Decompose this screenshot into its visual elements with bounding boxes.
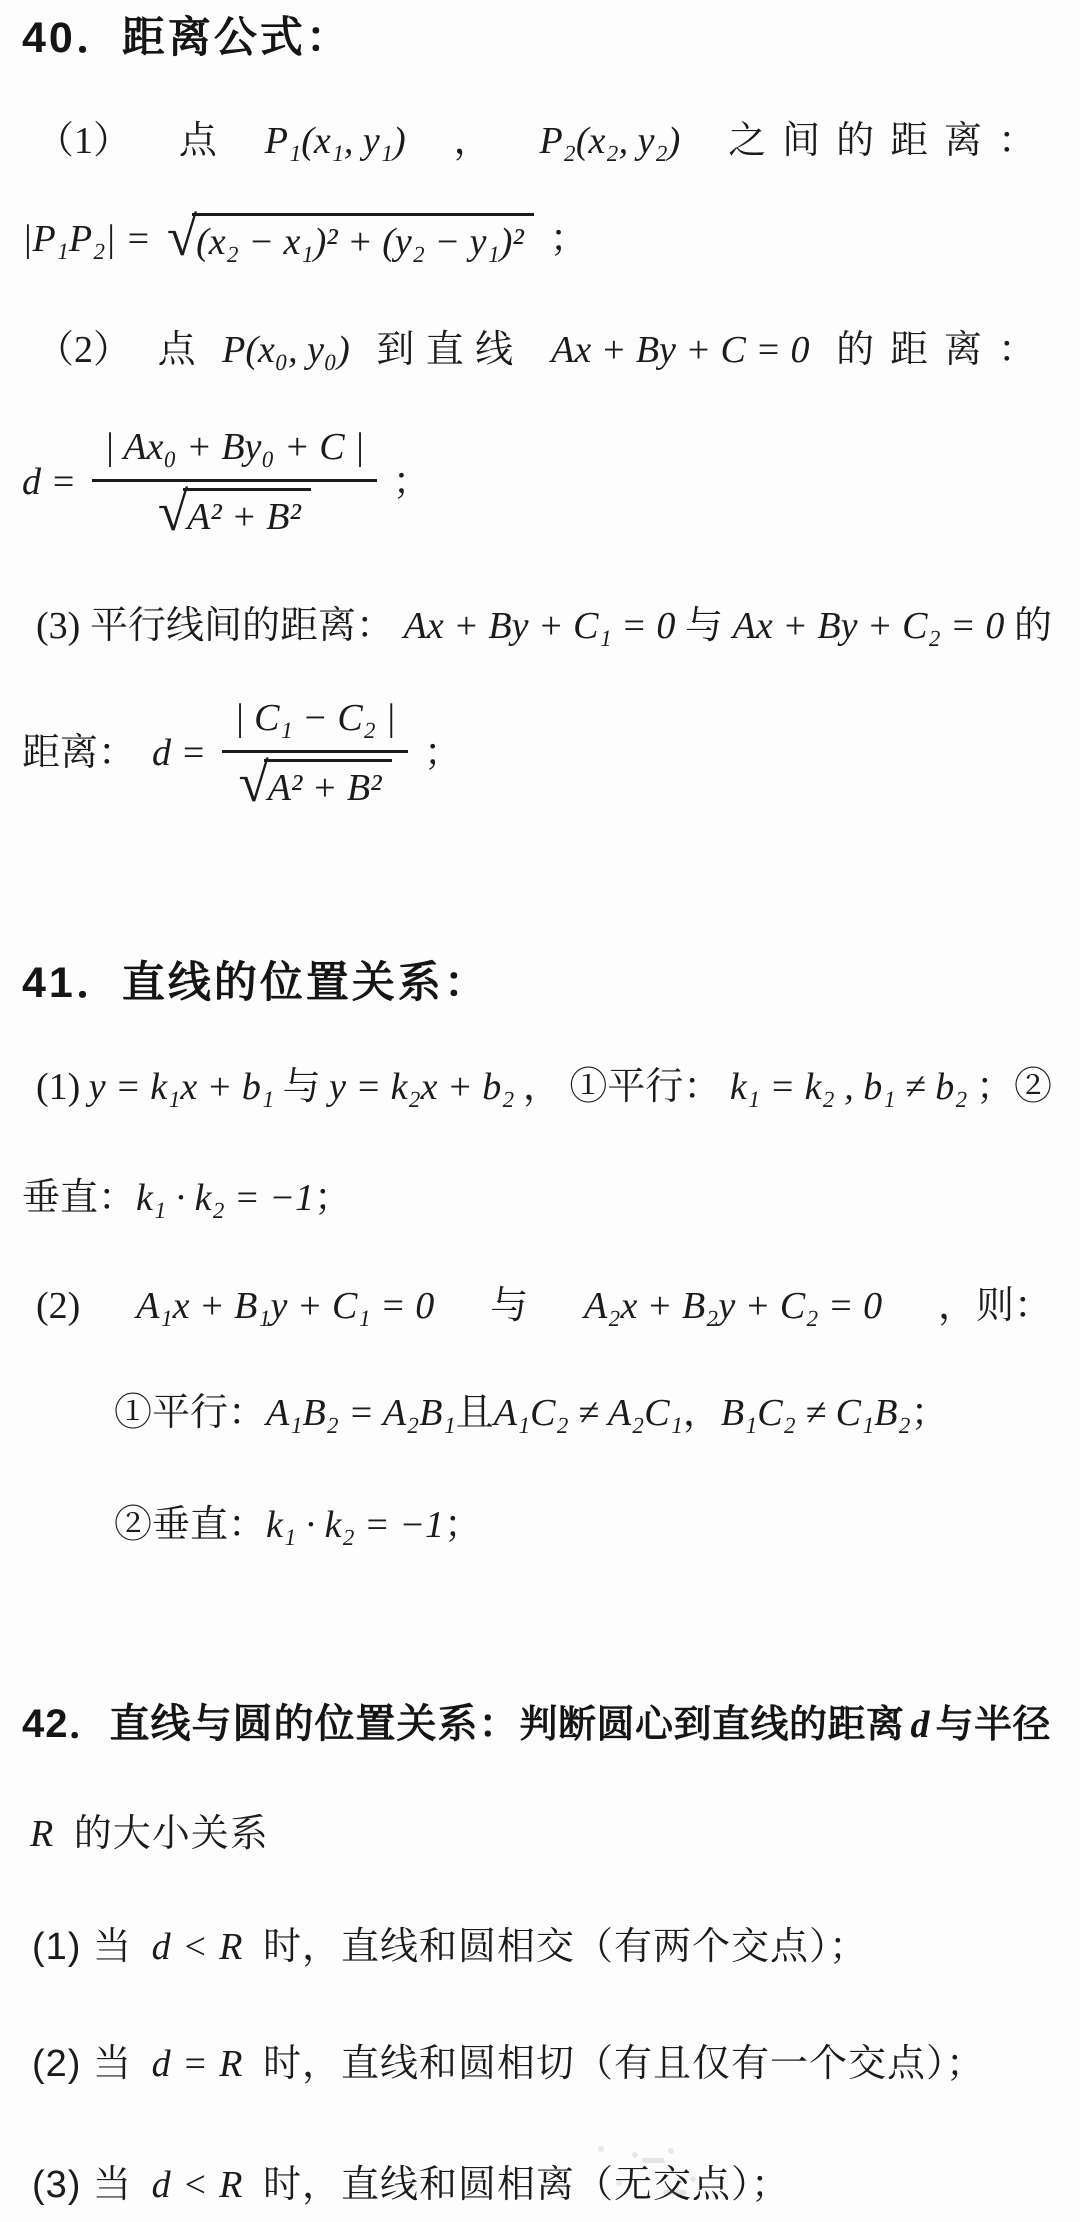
- label-parallel-1: ①平行：: [569, 1065, 721, 1111]
- s42-case2-line: (2) 当 d = R 时，直线和圆相切（有且仅有一个交点）；: [22, 2032, 1052, 2087]
- case-text-tangent: 时，直线和圆相切（有且仅有一个交点）；: [263, 2043, 985, 2085]
- document-page: 40．距离公式： （1） 点 P₁(x₁, y₁) ， P₂(x₂, y₂) 之…: [0, 0, 1080, 2222]
- math-perpendicular-condition: k₁ · k₂ = −1: [136, 1176, 314, 1222]
- math-point-p1: P₁(x₁, y₁): [265, 119, 406, 165]
- text-yu: 与: [490, 1284, 528, 1330]
- text-yu: 与: [685, 604, 723, 650]
- label-perpendicular-circled2: ②垂直：: [114, 1503, 266, 1549]
- semicolon: ；: [550, 217, 588, 263]
- math-bc-inequality: B₁C₂ ≠ C₁B₂: [721, 1391, 911, 1437]
- math-perpendicular-condition: k₁ · k₂ = −1: [266, 1503, 444, 1549]
- case-text-intersect: 时，直线和圆相交（有两个交点）；: [263, 1926, 868, 1968]
- s41-parallel-condition-line: ①平行： A₁B₂ = A₂B₁ 且 A₁C₂ ≠ A₂C₁ ， B₁C₂ ≠ …: [22, 1391, 1052, 1437]
- section-42-heading-tail2: 与半径: [936, 1704, 1052, 1746]
- fraction-numerator: | Ax₀ + By₀ + C |: [92, 425, 376, 482]
- s42-radius-line: R 的大小关系: [22, 1802, 1052, 1857]
- math-parallel-condition: k₁ = k₂ , b₁ ≠ b₂: [730, 1065, 968, 1111]
- text-between-distance: 之间的距离：: [728, 119, 1052, 165]
- semicolon: ；: [911, 1391, 949, 1437]
- case-text-separate: 时，直线和圆相离（无交点）；: [263, 2164, 790, 2206]
- math-slope-line1: y = k₁x + b₁: [89, 1065, 274, 1111]
- item-number: (1): [36, 1065, 80, 1111]
- text-dian: 点: [179, 119, 217, 165]
- text-to-line: 到直线: [376, 328, 524, 374]
- s40-point-line-distance-formula: d = | Ax₀ + By₀ + C | √ A² + B² ；: [22, 425, 1052, 540]
- text-de: 的: [1014, 604, 1052, 650]
- semicolon: ；: [314, 1176, 352, 1222]
- math-d-less-R: d < R: [152, 1926, 244, 1968]
- case-prefix: (2) 当: [32, 2043, 132, 2085]
- math-R: R: [30, 1813, 54, 1855]
- radical-sign: √: [158, 489, 188, 534]
- math-lhs-p1p2: |P₁P₂| =: [22, 217, 151, 263]
- semicolon-circled2: ；②: [976, 1065, 1052, 1111]
- s40-item3-line: (3) 平行线间的距离： Ax + By + C₁ = 0 与 Ax + By …: [22, 604, 1052, 650]
- s40-item1-line: （1） 点 P₁(x₁, y₁) ， P₂(x₂, y₂) 之间的距离：: [22, 119, 1052, 165]
- text-qie: 且: [456, 1391, 494, 1437]
- fraction-denominator: √ A² + B²: [92, 482, 376, 541]
- s40-distance-formula: |P₁P₂| = √ (x₂ − x₁)² + (y₂ − y₁)² ；: [22, 213, 1052, 266]
- text-parallel-lines-distance: 平行线间的距离：: [90, 604, 394, 650]
- math-d-equals: d =: [22, 460, 76, 506]
- math-general-line2: A₂x + B₂y + C₂ = 0: [584, 1284, 882, 1330]
- s40-parallel-distance-formula: 距离： d = | C₁ − C₂ | √ A² + B² ；: [22, 696, 1052, 811]
- math-line2: Ax + By + C₂ = 0: [733, 604, 1005, 650]
- s41-item2-line: (2) A₁x + B₁y + C₁ = 0 与 A₂x + B₂y + C₂ …: [22, 1284, 1052, 1330]
- semicolon: ；: [424, 731, 462, 777]
- math-point-p2: P₂(x₂, y₂): [539, 119, 680, 165]
- math-d-equal-R: d = R: [152, 2043, 244, 2085]
- text-size-relation: 的大小关系: [74, 1813, 269, 1855]
- section-41-heading: 41．直线的位置关系：: [22, 959, 1052, 1008]
- math-line-equation: Ax + By + C = 0: [551, 328, 809, 374]
- math-slope-line2: y = k₂x + b₂: [329, 1065, 514, 1111]
- s40-item2-line: （2） 点 P(x₀, y₀) 到直线 Ax + By + C = 0 的距离：: [22, 328, 1052, 374]
- text-distance-colon: 距离：: [22, 731, 136, 777]
- radicand: (x₂ − x₁)² + (y₂ − y₁)²: [192, 213, 534, 266]
- text-dian: 点: [158, 328, 196, 374]
- radicand: A² + B²: [264, 759, 392, 812]
- section-40-heading: 40．距离公式：: [22, 14, 1052, 63]
- item-number: (3): [36, 604, 80, 650]
- math-general-line1: A₁x + B₁y + C₁ = 0: [136, 1284, 434, 1330]
- case-prefix: (3) 当: [32, 2164, 132, 2206]
- s41-perpendicular-line: 垂直： k₁ · k₂ = −1 ；: [22, 1176, 1052, 1222]
- fraction: | C₁ − C₂ | √ A² + B²: [222, 696, 408, 811]
- text-then-colon: ，则：: [938, 1284, 1052, 1330]
- sqrt-expression: √ A² + B²: [238, 759, 391, 812]
- fraction-numerator: | C₁ − C₂ |: [222, 696, 408, 753]
- case-prefix: (1) 当: [32, 1926, 132, 1968]
- text-distance-colon: 的距离：: [836, 328, 1052, 374]
- math-ac-inequality: A₁C₂ ≠ A₂C₁: [494, 1391, 683, 1437]
- comma: ，: [454, 119, 492, 165]
- math-point-p0: P(x₀, y₀): [222, 328, 350, 374]
- item-number: （2）: [36, 328, 131, 374]
- comma: ，: [523, 1065, 561, 1111]
- s41-perpendicular-condition-line: ②垂直： k₁ · k₂ = −1 ；: [22, 1503, 1052, 1549]
- math-d-less-R: d < R: [152, 2164, 244, 2206]
- radical-sign: √: [167, 214, 197, 259]
- math-d-equals: d =: [152, 731, 206, 777]
- semicolon: ；: [393, 460, 431, 506]
- label-perpendicular: 垂直：: [22, 1176, 136, 1222]
- math-ab-equality: A₁B₂ = A₂B₁: [266, 1391, 456, 1437]
- section-42-heading-tail: 判断圆心到直线的距离: [520, 1704, 905, 1746]
- comma: ，: [683, 1391, 721, 1437]
- item-number: (2): [36, 1284, 80, 1330]
- sqrt-expression: √ (x₂ − x₁)² + (y₂ − y₁)²: [167, 213, 534, 266]
- item-number: （1）: [36, 119, 131, 165]
- label-parallel-circled1: ①平行：: [114, 1391, 266, 1437]
- s42-case3-line: (3) 当 d < R 时，直线和圆相离（无交点）；: [22, 2153, 1052, 2208]
- semicolon: ；: [444, 1503, 482, 1549]
- fraction: | Ax₀ + By₀ + C | √ A² + B²: [92, 425, 376, 540]
- radicand: A² + B²: [183, 488, 311, 541]
- section-42-heading: 42．直线与圆的位置关系：判断圆心到直线的距离d与半径: [22, 1699, 1052, 1748]
- sqrt-expression: √ A² + B²: [158, 488, 311, 541]
- s42-case1-line: (1) 当 d < R 时，直线和圆相交（有两个交点）；: [22, 1915, 1052, 1970]
- s41-item1-line: (1) y = k₁x + b₁ 与 y = k₂x + b₂ ， ①平行： k…: [22, 1065, 1052, 1111]
- fraction-denominator: √ A² + B²: [222, 753, 408, 812]
- radical-sign: √: [238, 760, 268, 805]
- section-42-heading-bold: 42．直线与圆的位置关系：: [22, 1702, 520, 1746]
- text-yu: 与: [283, 1065, 321, 1111]
- math-d: d: [911, 1704, 930, 1746]
- math-line1: Ax + By + C₁ = 0: [404, 604, 676, 650]
